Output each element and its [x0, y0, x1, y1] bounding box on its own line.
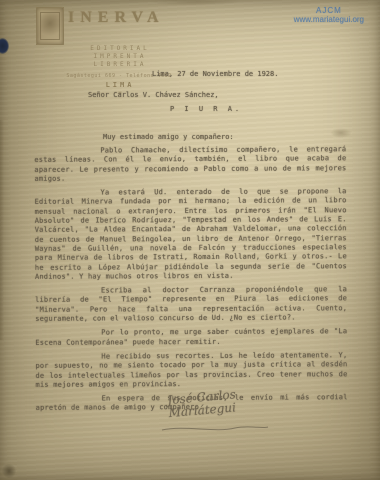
scanned-letter: INERVA EDITORIAL IMPRENTA LIBRERIA Sagás… — [0, 0, 380, 480]
letterhead-subline-editorial: EDITORIAL — [74, 45, 166, 53]
letterhead-subline-imprenta: IMPRENTA — [74, 53, 166, 61]
letter-paragraph: Pablo Chamache, dilectísimo compañero, l… — [34, 145, 346, 184]
letter-paragraph: Escriba al doctor Carranza proponiéndole… — [35, 285, 347, 324]
top-smudge — [150, 0, 240, 6]
letterhead-city: LIMA — [74, 81, 166, 89]
letter-recipient: Señor Carlos V. Chávez Sánchez, — [88, 91, 219, 99]
minerva-emblem-icon — [36, 7, 64, 45]
letter-paragraph: Ya estará Ud. enterado de lo que se prop… — [35, 187, 347, 282]
edge-shadow — [0, 120, 4, 340]
letter-date: Lima, 27 de Noviembre de 1928. — [152, 70, 278, 78]
letter-recipient-city: P I U R A. — [170, 105, 242, 113]
letter-paragraph: Por lo pronto, me urge saber cuántos eje… — [35, 328, 347, 348]
corner-stain — [2, 464, 16, 478]
signature-flourish — [160, 424, 270, 434]
ink-stain — [0, 38, 9, 54]
letter-paragraph: He recibido sus recortes. Los he leído a… — [35, 351, 347, 390]
letter-body: Pablo Chamache, dilectísimo compañero, l… — [34, 145, 347, 418]
letterhead-subline-libreria: LIBRERIA — [74, 61, 166, 69]
paper-smudge — [330, 128, 352, 138]
watermark-url: www.mariategui.org — [294, 15, 364, 24]
letterhead-name: INERVA — [68, 9, 165, 27]
archive-watermark: AJCM www.mariategui.org — [294, 6, 364, 24]
letterhead: INERVA EDITORIAL IMPRENTA LIBRERIA Sagás… — [36, 7, 174, 99]
letter-salutation: Muy estimado amigo y compañero: — [103, 133, 234, 141]
watermark-initials: AJCM — [294, 6, 364, 15]
